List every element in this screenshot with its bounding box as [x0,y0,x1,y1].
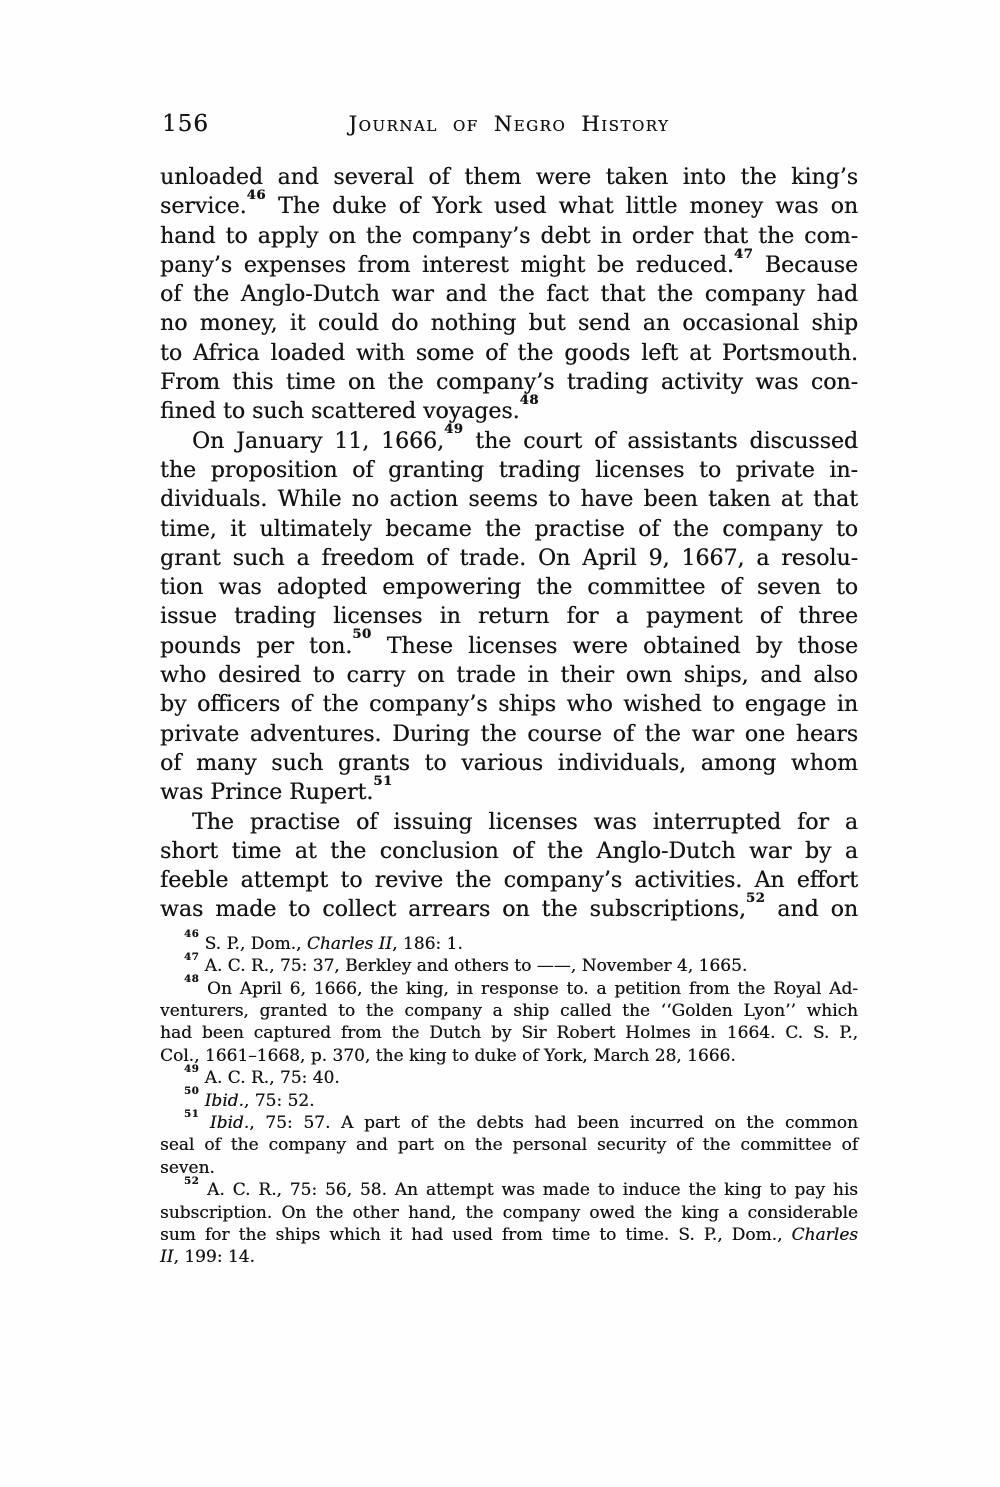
body-line: was made to collect arrears on the subsc… [160,895,858,924]
paragraph: unloaded and several of them were taken … [160,163,858,427]
footnote: 49 A. C. R., 75: 40. [160,1067,858,1089]
footnote-line: venturers, granted to the company a ship… [160,1000,858,1022]
body-line: dividuals. While no action seems to have… [160,485,858,514]
body-text: unloaded and several of them were taken … [160,163,858,925]
footnote-line: seal of the company and part on the pers… [160,1134,858,1156]
running-header: 156 Journal of Negro History [160,110,858,138]
journal-title: Journal of Negro History [160,110,858,138]
body-line: issue trading licenses in return for a p… [160,602,858,631]
body-line: private adventures. During the course of… [160,720,858,749]
scanned-page: 156 Journal of Negro History unloaded an… [0,0,1000,1487]
footnote-line: 51 Ibid., 75: 57. A part of the debts ha… [160,1112,858,1134]
footnote-line: subscription. On the other hand, the com… [160,1202,858,1224]
footnote: 51 Ibid., 75: 57. A part of the debts ha… [160,1112,858,1179]
footnote-line: Col., 1661–1668, p. 370, the king to duk… [160,1045,858,1067]
body-line: From this time on the company’s trading … [160,368,858,397]
footnote-line: 50 Ibid., 75: 52. [160,1090,858,1112]
body-line: grant such a freedom of trade. On April … [160,544,858,573]
body-line: of the Anglo-Dutch war and the fact that… [160,280,858,309]
footnote-line: 49 A. C. R., 75: 40. [160,1067,858,1089]
body-line: tion was adopted empowering the committe… [160,573,858,602]
footnote: 46 S. P., Dom., Charles II, 186: 1. [160,933,858,955]
body-line: pounds per ton.50 These licenses were ob… [160,632,858,661]
footnotes-section: 46 S. P., Dom., Charles II, 186: 1.47 A.… [160,933,858,1269]
footnote: 52 A. C. R., 75: 56, 58. An attempt was … [160,1179,858,1269]
body-line: fined to such scattered voyages.48 [160,397,858,426]
body-line: The practise of issuing licenses was int… [160,808,858,837]
paragraph: On January 11, 1666,49 the court of assi… [160,427,858,808]
footnote-line: 46 S. P., Dom., Charles II, 186: 1. [160,933,858,955]
footnote-line: 52 A. C. R., 75: 56, 58. An attempt was … [160,1179,858,1201]
body-line: time, it ultimately became the practise … [160,515,858,544]
footnote-line: had been captured from the Dutch by Sir … [160,1022,858,1044]
footnote-line: sum for the ships which it had used from… [160,1224,858,1246]
body-line: pany’s expenses from interest might be r… [160,251,858,280]
footnote: 48 On April 6, 1666, the king, in respon… [160,978,858,1068]
body-line: short time at the conclusion of the Angl… [160,837,858,866]
body-line: by officers of the company’s ships who w… [160,690,858,719]
body-line: service.46 The duke of York used what li… [160,192,858,221]
body-line: to Africa loaded with some of the goods … [160,339,858,368]
paragraph: The practise of issuing licenses was int… [160,808,858,925]
body-line: hand to apply on the company’s debt in o… [160,222,858,251]
page-number: 156 [162,110,209,138]
body-line: no money, it could do nothing but send a… [160,309,858,338]
footnote-line: 48 On April 6, 1666, the king, in respon… [160,978,858,1000]
footnote: 47 A. C. R., 75: 37, Berkley and others … [160,955,858,977]
footnote-line: 47 A. C. R., 75: 37, Berkley and others … [160,955,858,977]
body-line: On January 11, 1666,49 the court of assi… [160,427,858,456]
body-line: the proposition of granting trading lice… [160,456,858,485]
page-content: 156 Journal of Negro History unloaded an… [160,110,858,1269]
footnote-line: II, 199: 14. [160,1246,858,1268]
body-line: who desired to carry on trade in their o… [160,661,858,690]
body-line: was Prince Rupert.51 [160,778,858,807]
footnote-line: seven. [160,1157,858,1179]
footnote: 50 Ibid., 75: 52. [160,1090,858,1112]
body-line: of many such grants to various individua… [160,749,858,778]
